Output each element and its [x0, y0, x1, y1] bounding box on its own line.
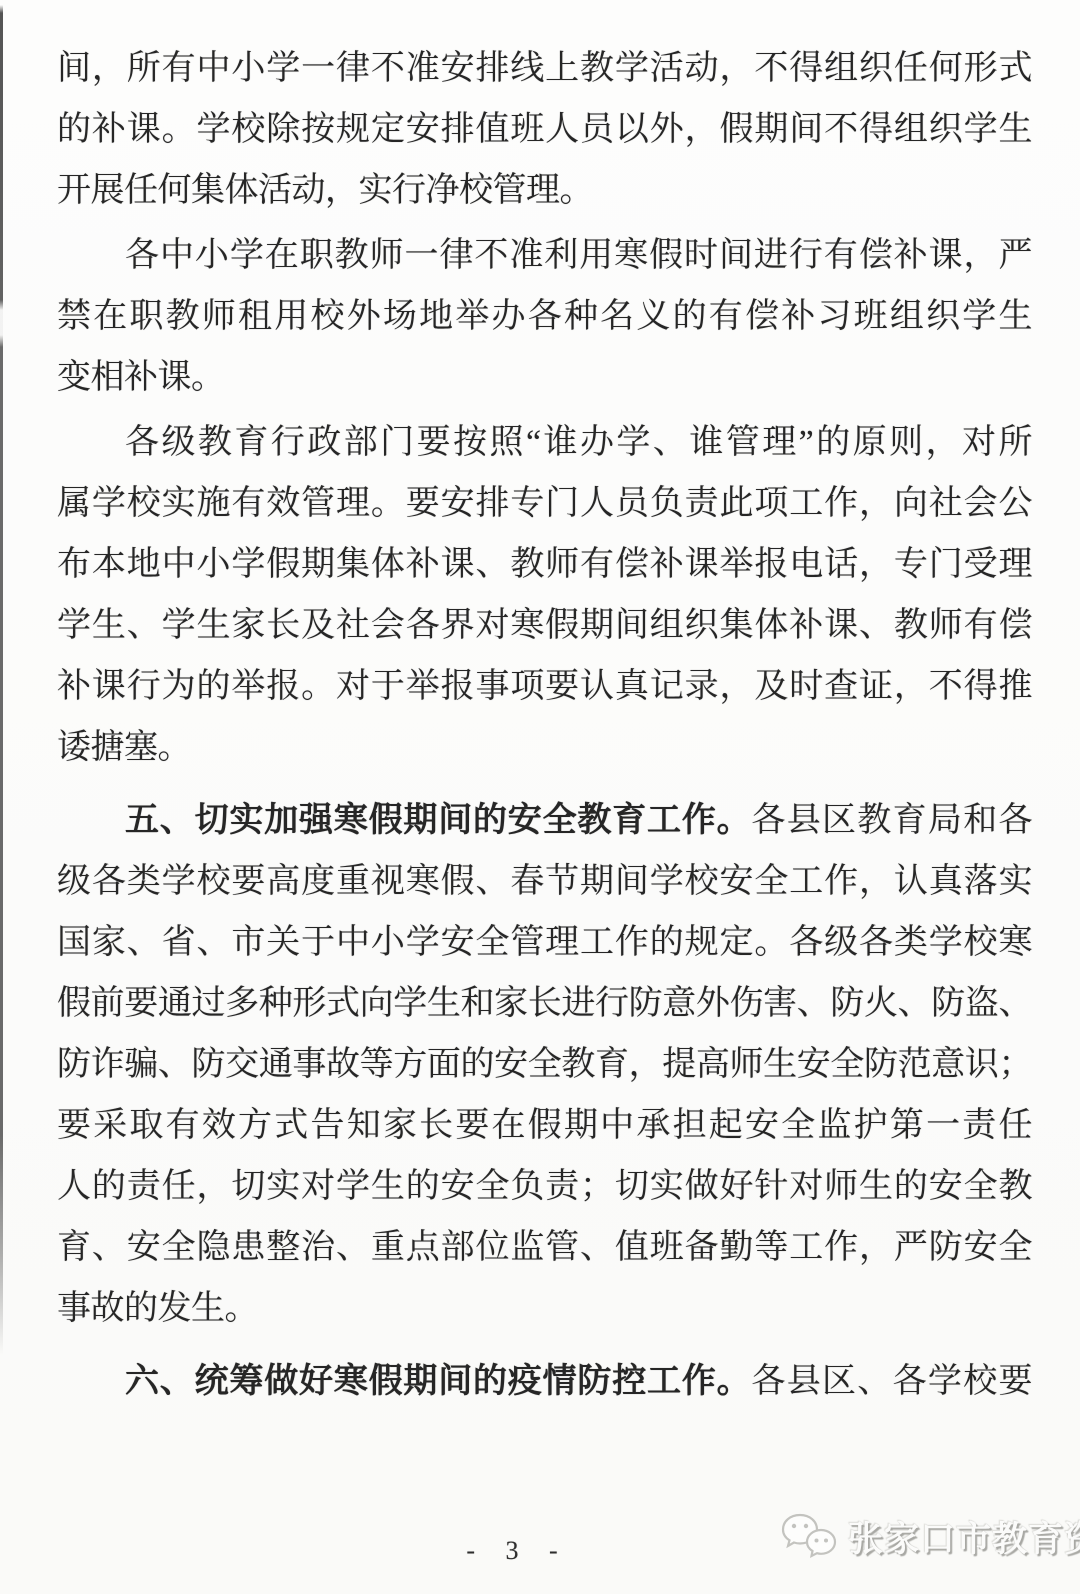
paragraph: 五、切实加强寒假期间的安全教育工作。各县区教育局和各级各类学校要高度重视寒假、春…: [57, 790, 1032, 1339]
paragraph: 间，所有中小学一律不准安排线上教学活动，不得组织任何形式的补课。学校除按规定安排…: [57, 38, 1032, 221]
text-line: 属学校实施有效管理。要安排专门人员负责此项工作，向社会公: [57, 473, 1032, 534]
text-line: 事故的发生。: [57, 1278, 1032, 1339]
document-page: 间，所有中小学一律不准安排线上教学活动，不得组织任何形式的补课。学校除按规定安排…: [0, 0, 1080, 1594]
text-line: 的补课。学校除按规定安排值班人员以外，假期间不得组织学生: [57, 99, 1032, 160]
paragraph: 各级教育行政部门要按照“谁办学、谁管理”的原则，对所属学校实施有效管理。要安排专…: [57, 412, 1032, 778]
text-line: 国家、省、市关于中小学安全管理工作的规定。各级各类学校寒: [57, 912, 1032, 973]
text-line: 五、切实加强寒假期间的安全教育工作。各县区教育局和各: [57, 790, 1032, 851]
text-line: 诿搪塞。: [57, 717, 1032, 778]
watermark-label: 张家口市教育资讯: [848, 1512, 1080, 1562]
paragraph: 六、统筹做好寒假期间的疫情防控工作。各县区、各学校要: [57, 1351, 1032, 1412]
text-line: 各中小学在职教师一律不准利用寒假时间进行有偿补课，严: [57, 225, 1032, 286]
text-line: 级各类学校要高度重视寒假、春节期间学校安全工作，认真落实: [57, 851, 1032, 912]
text-line: 开展任何集体活动，实行净校管理。: [57, 160, 1032, 221]
scan-edge-artifact: [0, 5, 3, 1355]
wechat-bubbles-icon: [780, 1509, 840, 1565]
text-line: 布本地中小学假期集体补课、教师有偿补课举报电话，专门受理: [57, 534, 1032, 595]
text-line: 假前要通过多种形式向学生和家长进行防意外伤害、防火、防盗、: [57, 973, 1032, 1034]
watermark: 张家口市教育资讯: [780, 1506, 1080, 1568]
text-line: 各级教育行政部门要按照“谁办学、谁管理”的原则，对所: [57, 412, 1032, 473]
text-line: 补课行为的举报。对于举报事项要认真记录，及时查证，不得推: [57, 656, 1032, 717]
text-line: 变相补课。: [57, 347, 1032, 408]
section-heading: 六、统筹做好寒假期间的疫情防控工作。: [125, 1362, 751, 1400]
paragraph: 各中小学在职教师一律不准利用寒假时间进行有偿补课，严禁在职教师租用校外场地举办各…: [57, 225, 1032, 408]
text-line: 人的责任，切实对学生的安全负责；切实做好针对师生的安全教: [57, 1156, 1032, 1217]
text-line: 防诈骗、防交通事故等方面的安全教育，提高师生安全防范意识；: [57, 1034, 1032, 1095]
text-line: 禁在职教师租用校外场地举办各种名义的有偿补习班组织学生: [57, 286, 1032, 347]
document-body: 间，所有中小学一律不准安排线上教学活动，不得组织任何形式的补课。学校除按规定安排…: [57, 38, 1032, 1412]
text-line: 要采取有效方式告知家长要在假期中承担起安全监护第一责任: [57, 1095, 1032, 1156]
text-line: 间，所有中小学一律不准安排线上教学活动，不得组织任何形式: [57, 38, 1032, 99]
section-heading: 五、切实加强寒假期间的安全教育工作。: [125, 801, 751, 839]
text-line: 育、安全隐患整治、重点部位监管、值班备勤等工作，严防安全: [57, 1217, 1032, 1278]
text-line: 六、统筹做好寒假期间的疫情防控工作。各县区、各学校要: [57, 1351, 1032, 1412]
text-line: 学生、学生家长及社会各界对寒假期间组织集体补课、教师有偿: [57, 595, 1032, 656]
